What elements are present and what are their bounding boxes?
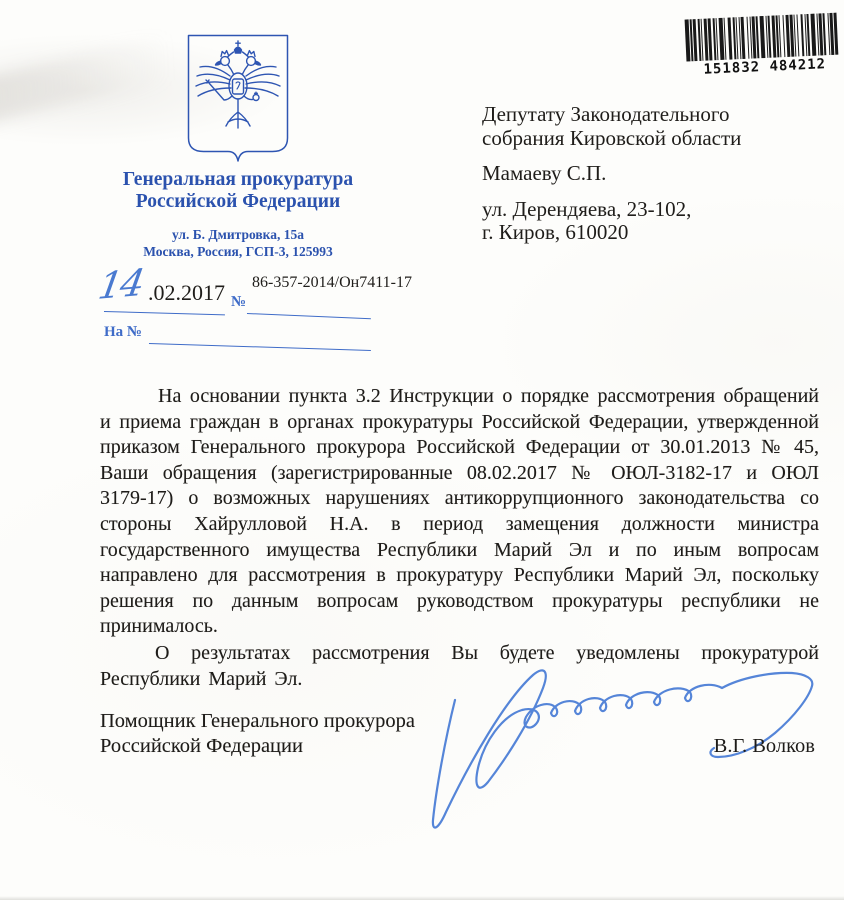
org-address: ул. Б. Дмитровка, 15а Москва, Россия, ГС… — [88, 227, 388, 260]
recipient-line2: собрания Кировской области — [482, 127, 812, 151]
barcode-bars — [685, 12, 843, 61]
reply-form-line — [149, 343, 371, 351]
number-form-line — [247, 313, 371, 319]
recipient-address-line1: ул. Дерендяева, 23-102, — [482, 198, 812, 222]
coat-of-arms-icon — [186, 33, 290, 170]
recipient-address-line2: г. Киров, 610020 — [482, 221, 812, 245]
signatory-name: В.Г. Волков — [655, 735, 815, 758]
recipient-name: Мамаеву С.П. — [482, 162, 812, 186]
recipient-line1: Депутату Законодательного — [482, 103, 812, 127]
letter-body: На основании пункта 3.2 Инструкции о пор… — [100, 384, 819, 692]
scanned-letter-page: Генеральная прокуратура Российской Федер… — [0, 0, 844, 900]
org-address-line2: Москва, Россия, ГСП-3, 125993 — [88, 244, 388, 261]
org-name-line1: Генеральная прокуратура — [88, 169, 388, 191]
org-address-line1: ул. Б. Дмитровка, 15а — [88, 227, 388, 244]
number-label: № — [231, 294, 246, 311]
outgoing-number: 86-357-2014/Он7411-17 — [252, 274, 412, 292]
handwritten-date-day: 14 — [95, 261, 146, 308]
spacer — [482, 186, 812, 198]
recipient-block: Депутату Законодательного собрания Киров… — [482, 103, 812, 245]
scan-artifact-bottom-edge — [0, 896, 844, 900]
org-name: Генеральная прокуратура Российской Федер… — [88, 169, 388, 213]
reply-number-label: На № — [104, 324, 142, 341]
printed-date: .02.2017 — [148, 280, 225, 306]
date-form-line — [104, 311, 225, 315]
org-name-line2: Российской Федерации — [88, 191, 388, 213]
body-paragraph-1: На основании пункта 3.2 Инструкции о пор… — [100, 384, 819, 640]
barcode: 151832 484212 — [685, 12, 844, 85]
